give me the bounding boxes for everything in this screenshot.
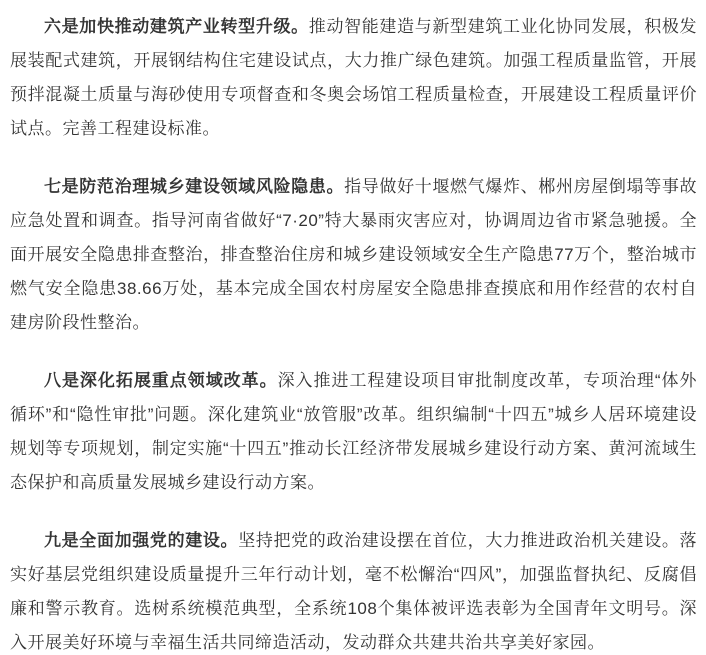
paragraph-text: 指导做好十堰燃气爆炸、郴州房屋倒塌等事故应急处置和调查。指导河南省做好“7·20… [10, 177, 697, 332]
paragraph-item-6: 六是加快推动建筑产业转型升级。推动智能建造与新型建筑工业化协同发展，积极发展装配… [10, 10, 697, 146]
document-body: 六是加快推动建筑产业转型升级。推动智能建造与新型建筑工业化协同发展，积极发展装配… [0, 0, 706, 655]
paragraph-heading: 六是加快推动建筑产业转型升级。 [44, 17, 309, 36]
paragraph-item-8: 八是深化拓展重点领域改革。深入推进工程建设项目审批制度改革，专项治理“体外循环”… [10, 364, 697, 500]
paragraph-heading: 七是防范治理城乡建设领域风险隐患。 [44, 177, 344, 196]
paragraph-item-9: 九是全面加强党的建设。坚持把党的政治建设摆在首位，大力推进政治机关建设。落实好基… [10, 524, 697, 655]
paragraph-heading: 八是深化拓展重点领域改革。 [44, 371, 278, 390]
paragraph-heading: 九是全面加强党的建设。 [44, 531, 238, 550]
paragraph-item-7: 七是防范治理城乡建设领域风险隐患。指导做好十堰燃气爆炸、郴州房屋倒塌等事故应急处… [10, 170, 697, 340]
